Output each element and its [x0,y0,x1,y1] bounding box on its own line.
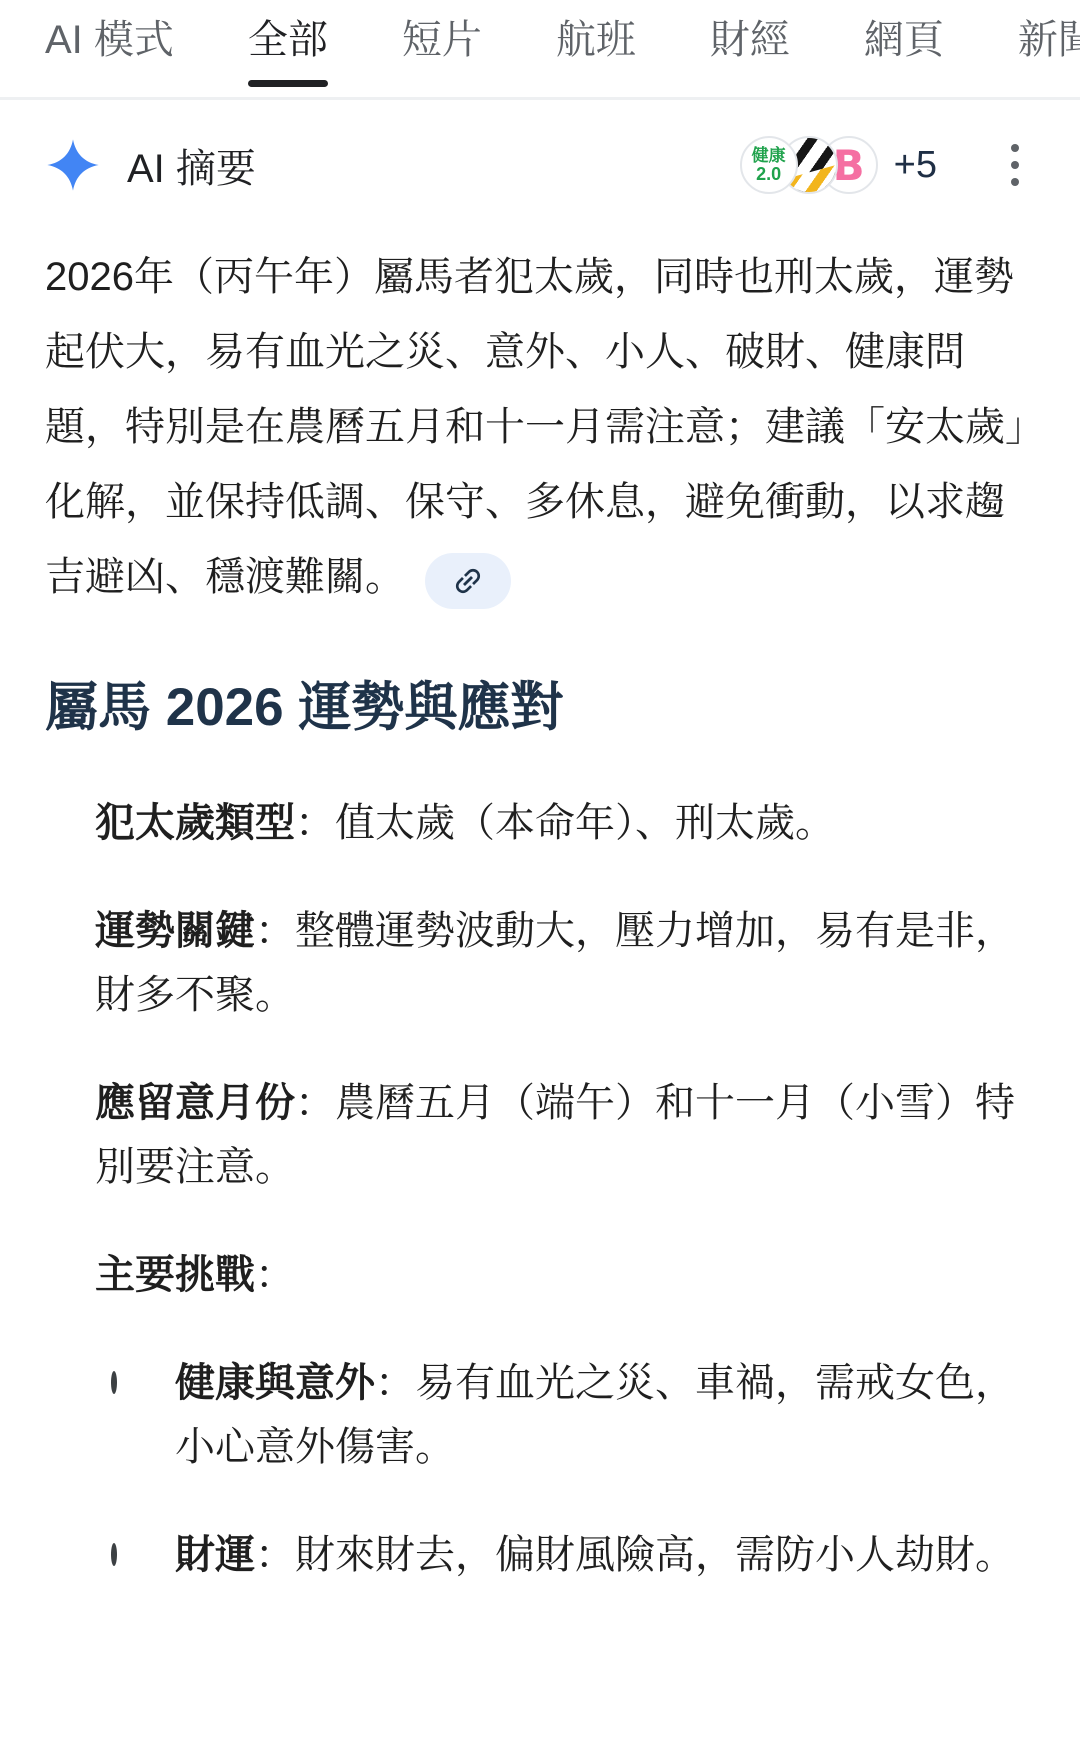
overflow-menu-button[interactable] [995,136,1035,194]
search-results-page: AI 模式 全部 短片 航班 財經 網頁 新聞 AI 摘要 [0,0,1080,1748]
ai-overview-header: AI 摘要 健康 2.0 B +5 [45,130,1035,200]
kebab-dot [1011,144,1019,152]
kebab-dot [1011,178,1019,186]
source-chip-cluster[interactable]: 健康 2.0 B +5 [740,136,937,194]
tab-all[interactable]: 全部 [248,16,328,97]
link-icon [444,557,492,605]
bullet-marker [45,1243,95,1307]
list-item: 運勢關鍵：整體運勢波動大，壓力增加，易有是非，財多不聚。 [45,899,1035,1027]
tab-ai-mode[interactable]: AI 模式 [45,16,174,97]
ai-overview-title: AI 摘要 [127,137,256,194]
list-item: 犯太歲類型：值太歲（本命年）、刑太歲。 [45,791,1035,855]
tab-news[interactable]: 新聞 [1018,16,1080,97]
source-link-chip[interactable] [425,553,511,609]
bullet-marker [45,791,95,855]
ai-overview-card: AI 摘要 健康 2.0 B +5 2026年（丙午年）屬馬者犯太歲，同時也 [0,130,1080,1587]
tab-flights[interactable]: 航班 [556,16,636,97]
more-sources-count: +5 [894,144,937,187]
search-tabs: AI 模式 全部 短片 航班 財經 網頁 新聞 [0,0,1080,100]
sub-list-item: 財運：財來財去，偏財風險高，需防小人劫財。 [111,1523,1035,1587]
sub-list-item: 健康與意外：易有血光之災、車禍，需戒女色，小心意外傷害。 [111,1351,1035,1479]
bullet-marker [45,1071,95,1199]
tab-videos[interactable]: 短片 [402,16,482,97]
challenges-sublist: 健康與意外：易有血光之災、車禍，需戒女色，小心意外傷害。 財運：財來財去，偏財風… [111,1351,1035,1587]
fortune-bullet-list: 犯太歲類型：值太歲（本命年）、刑太歲。 運勢關鍵：整體運勢波動大，壓力增加，易有… [45,791,1035,1587]
bullet-marker [45,899,95,1027]
list-item: 應留意月份：農曆五月（端午）和十一月（小雪）特別要注意。 [45,1071,1035,1199]
source-favicon-health20[interactable]: 健康 2.0 [740,136,798,194]
gemini-sparkle-icon [45,137,101,193]
list-item: 主要挑戰： [45,1243,1035,1307]
kebab-dot [1011,161,1019,169]
sub-bullet-marker [111,1351,175,1479]
selected-tab-underline [248,80,328,87]
tab-web[interactable]: 網頁 [864,16,944,97]
section-heading: 屬馬 2026 運勢與應對 [45,677,1035,739]
ai-overview-paragraph: 2026年（丙午年）屬馬者犯太歲，同時也刑太歲，運勢起伏大，易有血光之災、意外、… [45,240,1035,615]
sub-bullet-marker [111,1523,175,1587]
tab-finance[interactable]: 財經 [710,16,790,97]
